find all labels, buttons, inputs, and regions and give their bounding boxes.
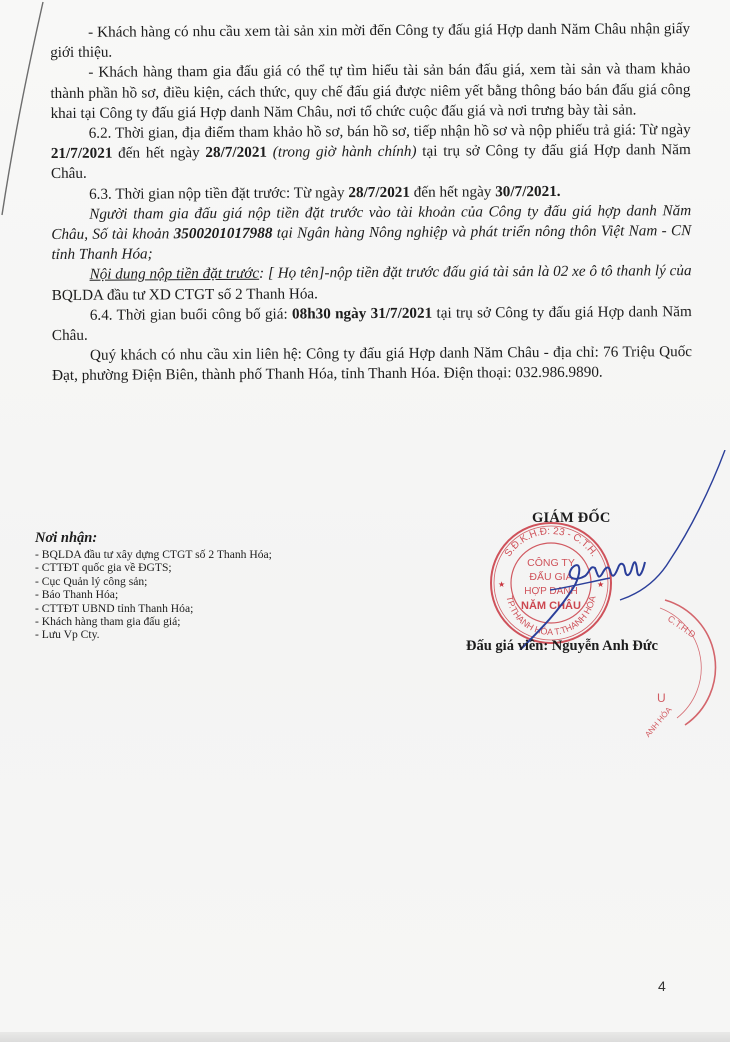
scan-bottom-edge [0,1032,730,1042]
paragraph-deposit-account: Người tham gia đấu giá nộp tiền đặt trướ… [51,201,691,266]
paragraph-6-2: 6.2. Thời gian, địa điểm tham khảo hồ sơ… [51,120,691,185]
signer-name: Đấu giá viên: Nguyễn Anh Đức [466,638,658,655]
recipient-item: - Lưu Vp Cty. [35,628,355,641]
document-page: - Khách hàng có nhu cầu xem tài sản xin … [0,0,730,1042]
handwritten-signature [440,450,730,650]
paragraph-research-asset: - Khách hàng tham gia đấu giá có thể tự … [50,59,690,124]
recipient-item: - Báo Thanh Hóa; [35,588,355,601]
paragraph-6-4: 6.4. Thời gian buổi công bố giá: 08h30 n… [52,302,692,346]
recipient-item: - Cục Quản lý công sản; [35,575,355,588]
recipients-title: Nơi nhận: [35,530,355,547]
paragraph-view-asset: - Khách hàng có nhu cầu xem tài sản xin … [50,19,690,63]
recipient-item: - CTTĐT quốc gia về ĐGTS; [35,561,355,574]
recipient-item: - Khách hàng tham gia đấu giá; [35,615,355,628]
svg-text:ANH HÓA: ANH HÓA [645,705,674,739]
paragraph-deposit-content: Nội dung nộp tiền đặt trước: [ Họ tên]-n… [51,262,691,306]
signature-block: S.Đ.K.H.Đ: 23 - C.T.H. TP.THANH HÓA T.TH… [440,490,730,690]
paragraph-contact: Quý khách có nhu cầu xin liên hệ: Công t… [52,342,692,386]
recipient-item: - CTTĐT UBND tỉnh Thanh Hóa; [35,602,355,615]
svg-text:U: U [657,691,666,705]
recipient-item: - BQLDA đầu tư xây dựng CTGT số 2 Thanh … [35,548,355,561]
page-number: 4 [658,978,666,994]
recipients-list: Nơi nhận: - BQLDA đầu tư xây dựng CTGT s… [35,530,355,642]
body-text: - Khách hàng có nhu cầu xem tài sản xin … [50,19,692,387]
